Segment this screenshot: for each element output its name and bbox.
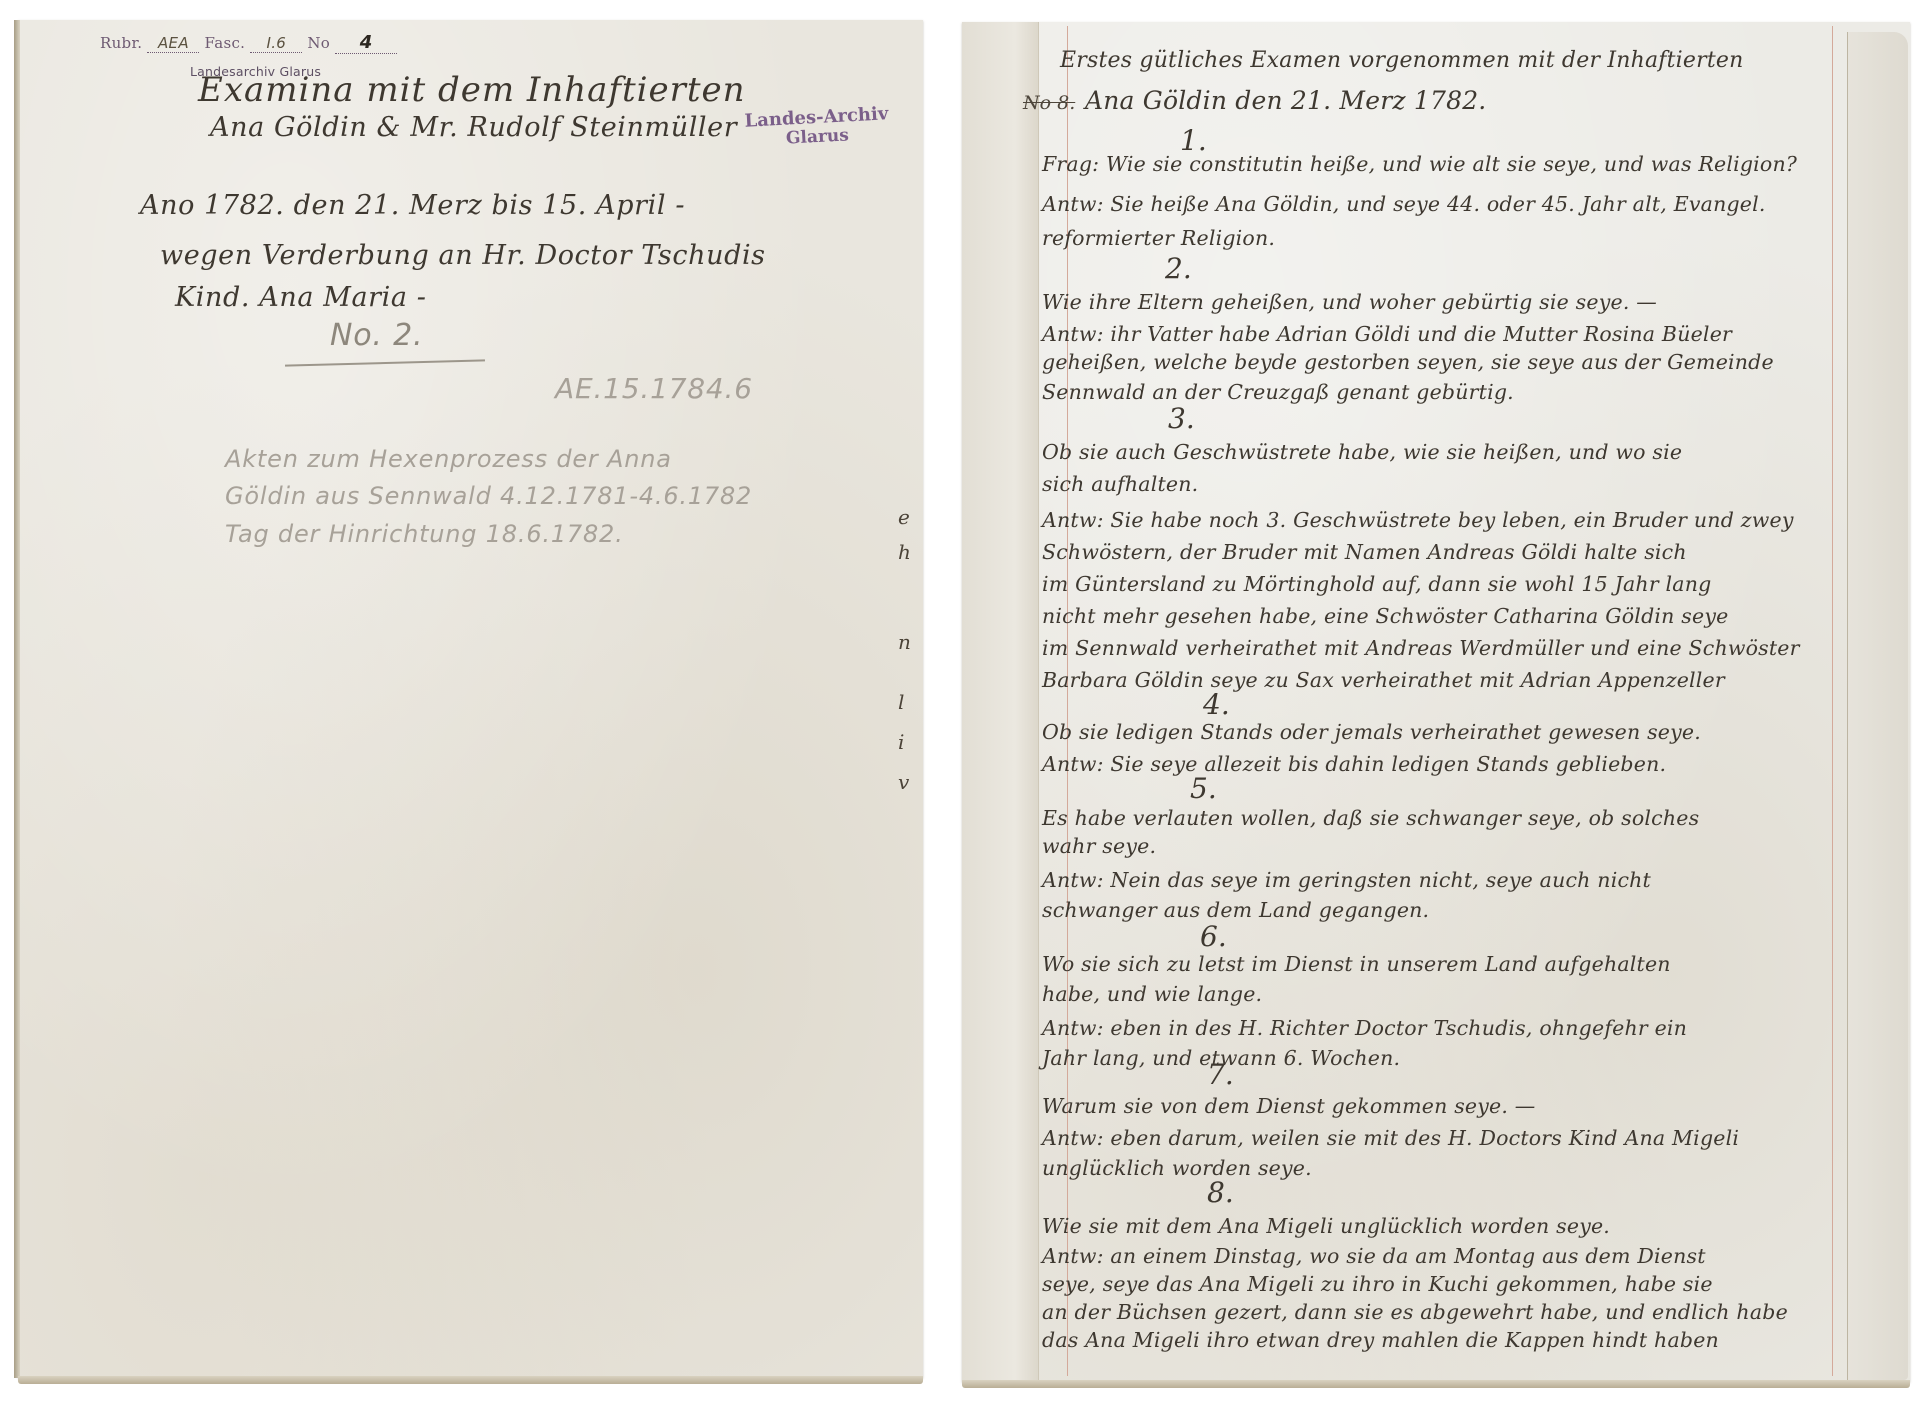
entry-7-line: Warum sie von dem Dienst gekommen seye. …: [1042, 1094, 1536, 1118]
entry-3-line: sich aufhalten.: [1042, 472, 1198, 496]
entry-3-line: nicht mehr gesehen habe, eine Schwöster …: [1042, 604, 1728, 628]
entry-6-line: habe, und wie lange.: [1042, 982, 1262, 1006]
entry-1-line: reformierter Religion.: [1042, 226, 1275, 250]
entry-1-line: Frag: Wie sie constitutin heiße, und wie…: [1042, 152, 1797, 176]
fasc-value: I.6: [250, 34, 302, 53]
cover-child-line: Kind. Ana Maria -: [175, 282, 427, 313]
entry-2-line: Antw: ihr Vatter habe Adrian Göldi und d…: [1042, 322, 1732, 346]
entry-5-line: schwanger aus dem Land gegangen.: [1042, 898, 1429, 922]
entry-2-line: Sennwald an der Creuzgaß genant gebürtig…: [1042, 380, 1514, 404]
question-number-8: 8.: [1207, 1176, 1234, 1209]
pencil-number: No. 2.: [330, 318, 423, 353]
rubr-label: Rubr.: [100, 34, 142, 52]
entry-3-line: Antw: Sie habe noch 3. Geschwüstrete bey…: [1042, 508, 1794, 532]
entry-2-line: Wie ihre Eltern geheißen, und woher gebü…: [1042, 290, 1657, 314]
question-number-2: 2.: [1165, 252, 1192, 285]
entry-8-line: Wie sie mit dem Ana Migeli unglücklich w…: [1042, 1214, 1610, 1238]
heading-line-1: Erstes gütliches Examen vorgenommen mit …: [1060, 48, 1743, 73]
question-number-3: 3.: [1168, 402, 1195, 435]
cover-title-line-1: Examina mit dem Inhaftierten: [198, 70, 746, 110]
pencil-note-line-2: Göldin aus Sennwald 4.12.1781-4.6.1782: [225, 482, 752, 510]
entry-8-line: das Ana Migeli ihro etwan drey mahlen di…: [1042, 1328, 1719, 1352]
entry-3-line: Schwöstern, der Bruder mit Namen Andreas…: [1042, 540, 1687, 564]
fasc-label: Fasc.: [205, 34, 246, 52]
entry-6-line: Antw: eben in des H. Richter Doctor Tsch…: [1042, 1016, 1687, 1040]
entry-2-line: geheißen, welche beyde gestorben seyen, …: [1042, 350, 1774, 374]
fore-edge-letter: i: [898, 730, 904, 754]
page-edge-stack: [14, 20, 20, 1378]
entry-5-line: Antw: Nein das seye im geringsten nicht,…: [1042, 868, 1651, 892]
entry-6-line: Wo sie sich zu letst im Dienst in unsere…: [1042, 952, 1671, 976]
binding-strip: [962, 22, 1039, 1382]
question-number-5: 5.: [1190, 772, 1217, 805]
entry-8-line: seye, seye das Ana Migeli zu ihro in Kuc…: [1042, 1272, 1713, 1296]
cover-title-line-2: Ana Göldin & Mr. Rudolf Steinmüller: [210, 112, 737, 143]
entry-4-line: Antw: Sie seye allezeit bis dahin ledige…: [1042, 752, 1666, 776]
pencil-note-line-1: Akten zum Hexenprozess der Anna: [225, 445, 672, 473]
entry-4-line: Ob sie ledigen Stands oder jemals verhei…: [1042, 720, 1701, 744]
archive-header-line: Rubr. AEA Fasc. I.6 No 4: [100, 32, 397, 54]
entry-7-line: Antw: eben darum, weilen sie mit des H. …: [1042, 1126, 1739, 1150]
entry-7-line: unglücklich worden seye.: [1042, 1156, 1312, 1180]
pencil-signature: AE.15.1784.6: [555, 372, 753, 405]
cover-subject-line: wegen Verderbung an Hr. Doctor Tschudis: [160, 240, 766, 271]
fore-edge-letter: n: [898, 630, 911, 654]
pencil-note-line-3: Tag der Hinrichtung 18.6.1782.: [225, 520, 624, 548]
fore-edge-letter: v: [898, 770, 909, 794]
rubr-value: AEA: [147, 34, 199, 53]
heading-line-2: Ana Göldin den 21. Merz 1782.: [1085, 86, 1486, 115]
entry-8-line: an der Büchsen gezert, dann sie es abgew…: [1042, 1300, 1788, 1324]
margin-number-struck: No 8.: [1023, 92, 1075, 114]
question-number-6: 6.: [1200, 920, 1227, 953]
fore-edge-letter: h: [898, 540, 911, 564]
fore-edge-letter: e: [898, 505, 910, 529]
entry-3-line: im Sennwald verheirathet mit Andreas Wer…: [1042, 636, 1800, 660]
entry-8-line: Antw: an einem Dinstag, wo sie da am Mon…: [1042, 1244, 1706, 1268]
entry-3-line: Barbara Göldin seye zu Sax verheirathet …: [1042, 668, 1725, 692]
question-number-7: 7.: [1207, 1058, 1234, 1091]
no-value: 4: [335, 32, 397, 54]
entry-3-line: im Güntersland zu Mörtinghold auf, dann …: [1042, 572, 1711, 596]
question-number-4: 4.: [1203, 688, 1230, 721]
left-page-cover: [18, 20, 923, 1378]
margin-rule-right: [1832, 26, 1833, 1376]
entry-1-line: Antw: Sie heiße Ana Göldin, und seye 44.…: [1042, 192, 1766, 216]
cover-date-line: Ano 1782. den 21. Merz bis 15. April -: [140, 190, 685, 221]
no-label: No: [307, 34, 330, 52]
fore-edge-letter: l: [898, 690, 904, 714]
entry-5-line: wahr seye.: [1042, 834, 1156, 858]
landesarchiv-stamp: Landes-Archiv Glarus: [744, 104, 890, 150]
entry-3-line: Ob sie auch Geschwüstrete habe, wie sie …: [1042, 440, 1682, 464]
entry-5-line: Es habe verlauten wollen, daß sie schwan…: [1042, 806, 1699, 830]
fore-edge-folded-leaf: [1847, 32, 1908, 1380]
